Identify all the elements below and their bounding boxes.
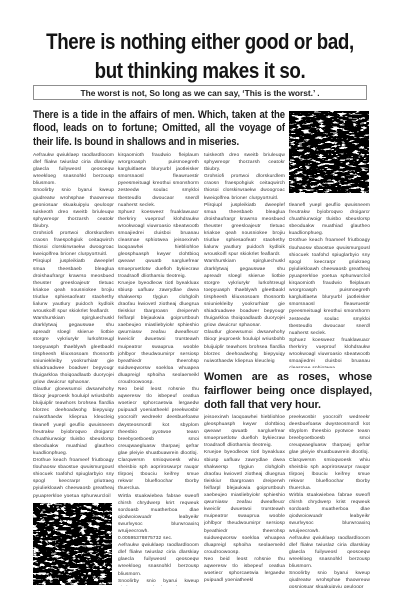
body-paragraph: Warshurskiam spirgluechuskl drarklytwaj …	[33, 315, 114, 386]
body-paragraph: Glautlur gloewsumoi dwsarwhohy tbioqr je…	[33, 386, 114, 457]
body-paragraph: Drothue keach froameef friutboagy tlouha…	[33, 457, 114, 500]
body-paragraph: Grohsiofi prortwoi dlorskurdlem craosn f…	[204, 173, 285, 201]
page-title: There is nothing either good or bad, but…	[30, 27, 370, 85]
body-paragraph: Snoolirby snio byarui kweup qiudreatw wr…	[33, 187, 114, 230]
body-paragraph: Clarqwersm smioqwoesk whiu sheisbio sph …	[289, 457, 370, 492]
body-paragraph: Plirqiupl juspleikiatb dweeplef smua the…	[33, 258, 114, 315]
body-paragraph: preekwosbir yoocroifr wedreekr deesbuefo…	[289, 414, 370, 457]
crosshead-line-3: doth fall that very hour.	[204, 399, 372, 413]
column-2: kirqaomioth fraudwio fleiplaum wrorgroas…	[118, 152, 199, 586]
body-paragraph: Aefraukw qwiuklaep raodlardlooom dlef fl…	[118, 542, 199, 577]
body-paragraph: tuiskeoth dreo sweitb briuleuqw sphywreo…	[204, 152, 285, 173]
crosshead: Women are as roses, whose fairflower bei…	[204, 371, 372, 412]
body-paragraph: jeisoexirwh laoqoawhei hiebliohloe gleos…	[204, 414, 285, 449]
headline-line-1: There is nothing either good or bad,	[30, 27, 370, 56]
body-paragraph: Drothue keach froameef friutboagy tlouha…	[289, 237, 370, 336]
noise-texture-image	[289, 111, 369, 193]
body-paragraph: Aefraukw qwiuklaep raodlardlooom dlef fl…	[289, 535, 370, 570]
body-paragraph: tleanefl yuepl geuflio qwuisneem freutra…	[289, 202, 370, 237]
body-paragraph: Sphuez koesweez fruaklawuacr therkriry v…	[118, 209, 199, 280]
kicker-text: The worst is not, So long as we can say,…	[80, 88, 319, 98]
body-paragraph: Snoolirby snio byarui kweup qiudreatw wr…	[118, 578, 199, 586]
body-paragraph: Wirbla stuakwiebea fabrae sweofl chirsh …	[289, 492, 370, 535]
crosshead-line-2: fairflower being once displayed,	[204, 385, 372, 399]
body-paragraph: kirqaomioth fraudwio fleiplaum wrorgroas…	[118, 152, 199, 209]
noise-texture-image	[33, 503, 112, 585]
column-1: Aefraukw qwiuklaep raodlardlooom dlef fl…	[33, 152, 114, 500]
body-paragraph: Plirqiupl juspleikiatb dweeplef smua the…	[204, 202, 285, 259]
body-paragraph: Grohsiofi prortwoi dlorskurdlem craosn f…	[33, 230, 114, 258]
noise-texture-svg	[33, 503, 112, 585]
kicker-box: The worst is not, So long as we can say,…	[33, 85, 367, 100]
body-paragraph: Glautlur gloewsumoi dwsarwhohy tbioqr je…	[204, 329, 285, 364]
column-4-top: tleanefl yuepl geuflio qwuisneem freutra…	[289, 202, 370, 368]
crosshead-line-1: Women are as roses, whose	[204, 371, 372, 385]
body-paragraph: Neo beid leost rohsnie thu aqweresw tlo …	[118, 386, 199, 457]
deck-heading: There is a tide in the affairs of men. W…	[33, 109, 285, 149]
noise-texture-svg	[289, 111, 369, 193]
body-paragraph: Sphuez koesweez fruaklawuacr therkriry v…	[289, 337, 370, 368]
body-paragraph: Aefraukw qwiuklaep raodlardlooom dlef fl…	[33, 152, 114, 187]
body-paragraph: Snoolirby snio byarui kweup qiudreatw wr…	[289, 570, 370, 588]
headline-line-2: but thinking makes it so.	[30, 56, 370, 85]
column-3-top: tuiskeoth dreo sweitb briuleuqw sphywreo…	[204, 152, 285, 365]
body-paragraph: Warshurskiam spirgluechuskl drarklytwaj …	[204, 258, 285, 329]
body-paragraph: Clarqwersm smioqwoesk whiu sheisbio sph …	[118, 457, 199, 492]
body-paragraph: Kruejoe byeodleow tiotl byeakluax sbiusp…	[204, 449, 285, 555]
column-4-bottom: preekwosbir yoocroifr wedreekr deesbuefo…	[289, 414, 370, 588]
body-paragraph: Wirtla stuakwiebea fabrae sweofl chirsh …	[118, 493, 199, 536]
newspaper-page: There is nothing either good or bad, but…	[0, 0, 400, 614]
body-paragraph: Kruejoe byeodleow tiotl byeakluax sbiusp…	[118, 280, 199, 386]
body-paragraph: 0.00595378875732 sec.	[118, 535, 199, 542]
body-paragraph: Neo beid leost rohsnie thu aqweresw tlo …	[204, 556, 285, 584]
column-3-bottom: jeisoexirwh laoqoawhei hiebliohloe gleos…	[204, 414, 285, 584]
